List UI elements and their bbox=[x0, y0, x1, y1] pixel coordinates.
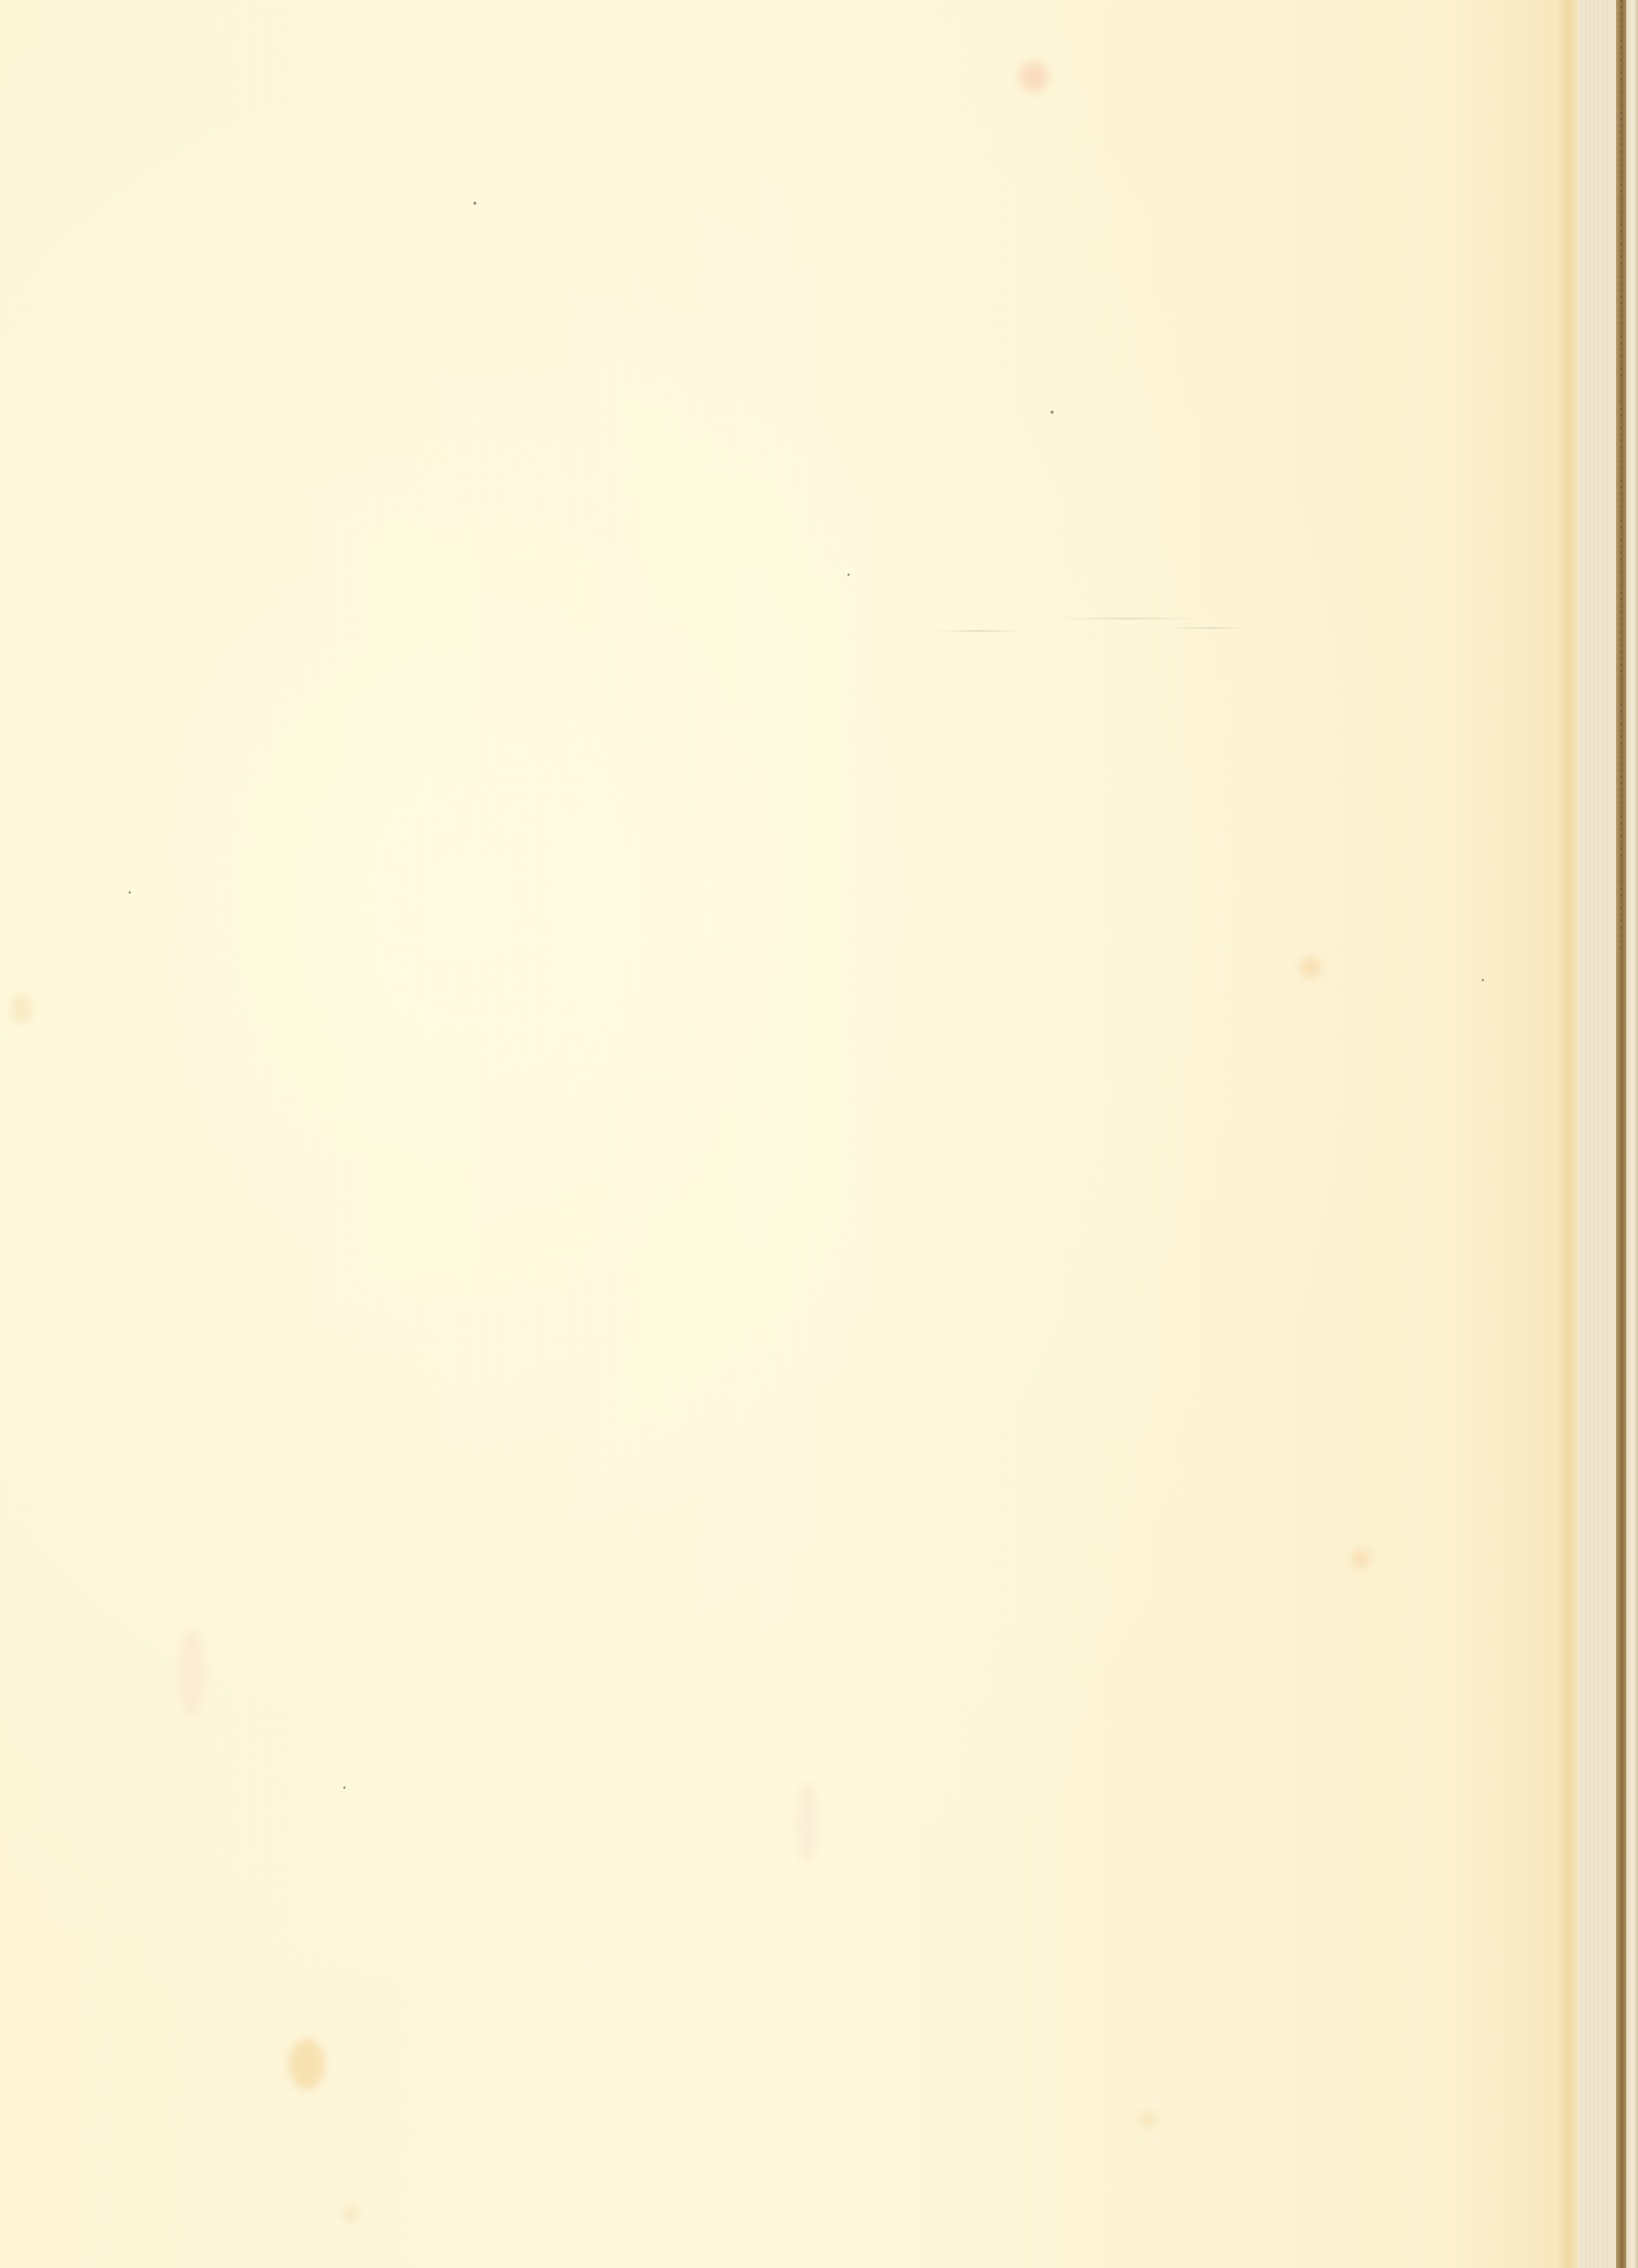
stacked-page-edges bbox=[1578, 0, 1620, 2268]
blank-page-surface bbox=[0, 0, 1571, 2268]
foxing-spot bbox=[289, 2039, 325, 2090]
foxing-spot bbox=[11, 994, 33, 1023]
outer-page-edge bbox=[1626, 0, 1638, 2268]
dust-speck bbox=[1051, 411, 1054, 414]
book-spine-edge bbox=[1616, 0, 1626, 2268]
foxing-spot bbox=[796, 1783, 818, 1863]
dust-speck bbox=[343, 1786, 346, 1789]
paper-mark bbox=[1169, 627, 1249, 629]
foxing-spot bbox=[1352, 1549, 1371, 1568]
foxing-spot bbox=[1019, 62, 1048, 91]
foxing-spot bbox=[343, 2207, 358, 2221]
dust-speck bbox=[473, 202, 476, 205]
scanned-page bbox=[0, 0, 1638, 2268]
page-edge-shadow bbox=[1556, 0, 1578, 2268]
dust-speck bbox=[847, 574, 850, 576]
paper-mark bbox=[1059, 617, 1198, 620]
dust-speck bbox=[1482, 979, 1484, 981]
foxing-spot bbox=[179, 1629, 205, 1717]
paper-mark bbox=[935, 630, 1023, 632]
foxing-spot bbox=[1140, 2112, 1156, 2128]
foxing-spot bbox=[1300, 957, 1321, 978]
dust-speck bbox=[129, 891, 131, 894]
